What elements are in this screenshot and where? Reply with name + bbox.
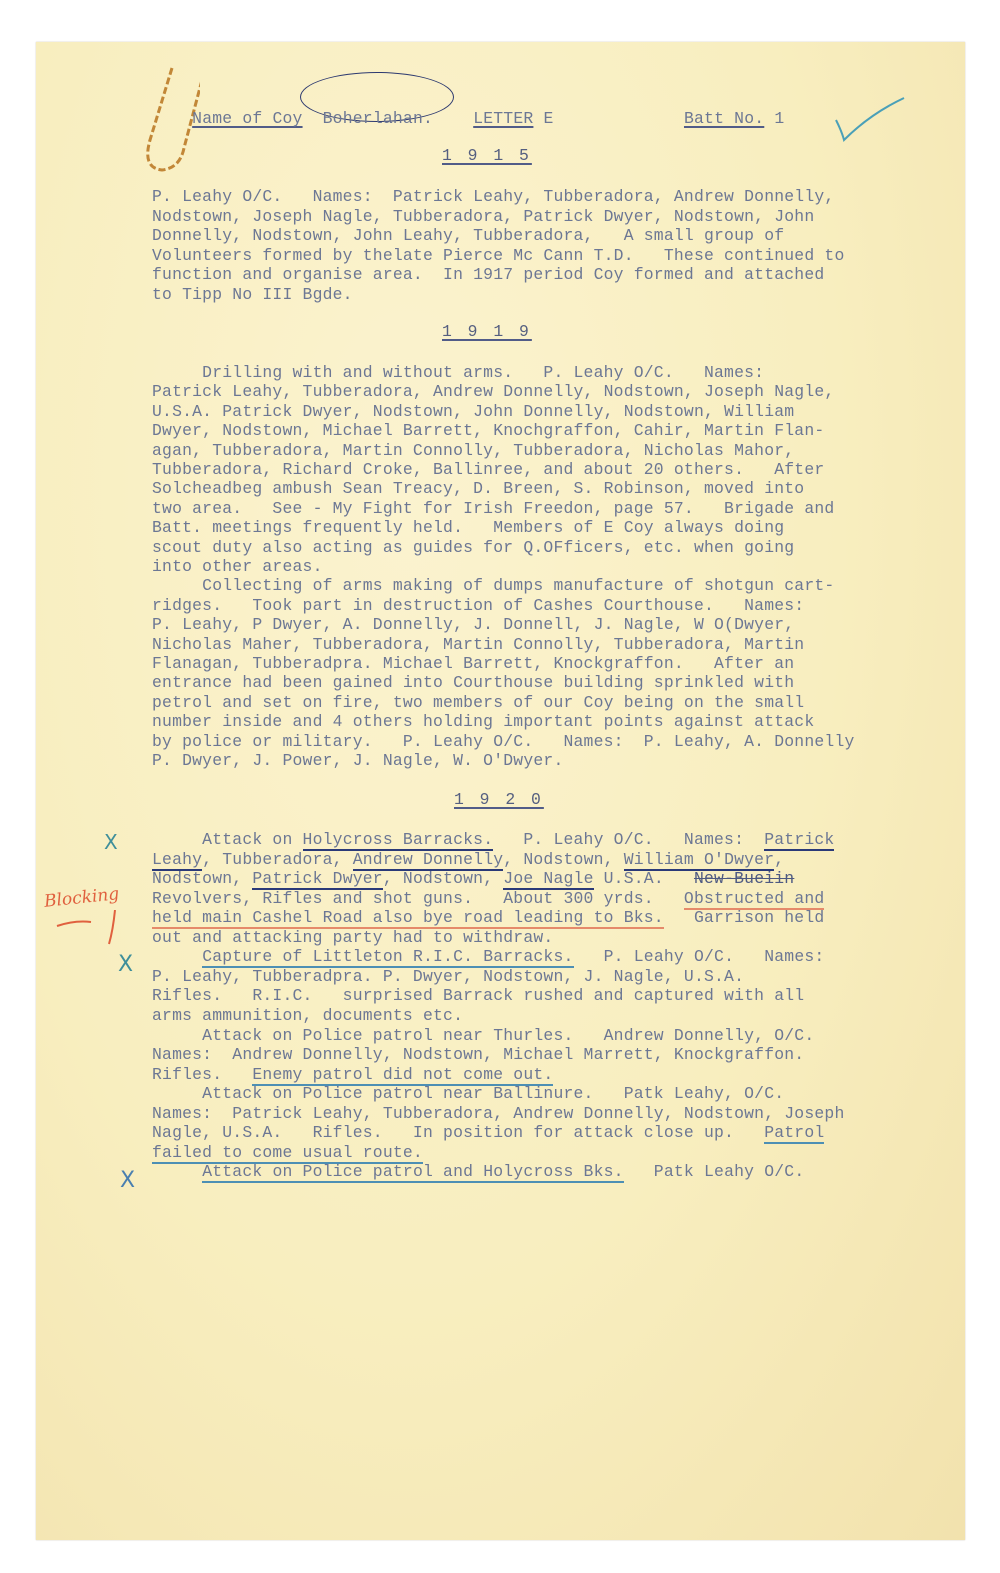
- typed-line: Batt. meetings frequently held. Members …: [152, 518, 784, 538]
- name-of-coy-label: Name of Coy: [192, 109, 302, 128]
- holycross-patrol-line-1: Attack on Police patrol and Holycross Bk…: [152, 1162, 804, 1182]
- company-name: Boherlahan.: [323, 109, 433, 128]
- thurles-line-1: Attack on Police patrol near Thurles. An…: [152, 1026, 814, 1046]
- typed-line: ridges. Took part in destruction of Cash…: [152, 596, 804, 616]
- typed-text: Name of Coy Boherlahan. LETTER E Batt No…: [0, 0, 1000, 1573]
- year-heading-1919: 1 9 1 9: [442, 322, 532, 342]
- margin-x-mark-icon: X: [118, 952, 133, 977]
- typed-line: P. Leahy O/C. Names: Patrick Leahy, Tubb…: [152, 187, 834, 207]
- red-underline-stroke-icon: [55, 910, 125, 950]
- typed-line: two area. See - My Fight for Irish Freed…: [152, 499, 834, 519]
- typed-line: Donnelly, Nodstown, John Leahy, Tubberad…: [152, 226, 784, 246]
- batt-value: 1: [774, 109, 784, 128]
- batt-label: Batt No.: [684, 109, 764, 128]
- ballinure-line-2: Names: Patrick Leahy, Tubberadora, Andre…: [152, 1104, 844, 1124]
- littleton-line-3: Rifles. R.I.C. surprised Barrack rushed …: [152, 986, 804, 1006]
- typed-line: Collecting of arms making of dumps manuf…: [152, 576, 834, 596]
- year-heading-1920: 1 9 2 0: [454, 790, 544, 810]
- holycross-line-1: Attack on Holycross Barracks. P. Leahy O…: [152, 830, 834, 850]
- typed-line: agan, Tubberadora, Martin Connolly, Tubb…: [152, 441, 794, 461]
- typed-line: to Tipp No III Bgde.: [152, 285, 353, 305]
- margin-x-mark-icon: X: [104, 830, 118, 854]
- ballinure-line-1: Attack on Police patrol near Ballinure. …: [152, 1084, 784, 1104]
- typed-line: Patrick Leahy, Tubberadora, Andrew Donne…: [152, 382, 834, 402]
- ballinure-line-3: Nagle, U.S.A. Rifles. In position for at…: [152, 1123, 824, 1143]
- letter-value: E: [543, 109, 553, 128]
- typed-line: Tubberadora, Richard Croke, Ballinree, a…: [152, 460, 824, 480]
- typed-line: into other areas.: [152, 557, 323, 577]
- holycross-line-3: Nodstown, Patrick Dwyer, Nodstown, Joe N…: [152, 869, 794, 889]
- typed-line: function and organise area. In 1917 peri…: [152, 265, 824, 285]
- typed-line: number inside and 4 others holding impor…: [152, 712, 814, 732]
- typed-line: Drilling with and without arms. P. Leahy…: [152, 363, 764, 383]
- typed-line: P. Leahy, P Dwyer, A. Donnelly, J. Donne…: [152, 615, 794, 635]
- typed-line: Nodstown, Joseph Nagle, Tubberadora, Pat…: [152, 207, 814, 227]
- typed-line: U.S.A. Patrick Dwyer, Nodstown, John Don…: [152, 402, 794, 422]
- struck-out-word: New-Bueiin: [694, 869, 794, 888]
- littleton-line-1: Capture of Littleton R.I.C. Barracks. P.…: [152, 947, 824, 967]
- letter-label: LETTER: [473, 109, 533, 128]
- thurles-line-2: Names: Andrew Donnelly, Nodstown, Michae…: [152, 1045, 804, 1065]
- typed-line: P. Dwyer, J. Power, J. Nagle, W. O'Dwyer…: [152, 751, 563, 771]
- typed-line: Solcheadbeg ambush Sean Treacy, D. Breen…: [152, 479, 804, 499]
- holycross-line-5: held main Cashel Road also bye road lead…: [152, 908, 824, 928]
- margin-x-mark-icon: X: [120, 1168, 135, 1193]
- littleton-line-4: arms ammunition, documents etc.: [152, 1006, 463, 1026]
- thurles-line-3: Rifles. Enemy patrol did not come out.: [152, 1065, 553, 1085]
- holycross-line-2: Leahy, Tubberadora, Andrew Donnelly, Nod…: [152, 850, 784, 870]
- holycross-line-4: Revolvers, Rifles and shot guns. About 3…: [152, 889, 824, 909]
- holycross-line-6: out and attacking party had to withdraw.: [152, 928, 553, 948]
- typed-line: by police or military. P. Leahy O/C. Nam…: [152, 732, 855, 752]
- typed-line: entrance had been gained into Courthouse…: [152, 673, 794, 693]
- typed-line: Flanagan, Tubberadpra. Michael Barrett, …: [152, 654, 794, 674]
- littleton-line-2: P. Leahy, Tubberadpra. P. Dwyer, Nodstow…: [152, 967, 744, 987]
- typed-line: Volunteers formed by thelate Pierce Mc C…: [152, 246, 844, 266]
- header: Name of Coy Boherlahan. LETTER E Batt No…: [152, 89, 784, 149]
- typed-line: Dwyer, Nodstown, Michael Barrett, Knochg…: [152, 421, 824, 441]
- year-heading-1915: 1 9 1 5: [442, 146, 532, 166]
- typed-line: Nicholas Maher, Tubberadora, Martin Conn…: [152, 635, 804, 655]
- ballinure-line-4: failed to come usual route.: [152, 1143, 423, 1163]
- typed-line: scout duty also acting as guides for Q.O…: [152, 538, 794, 558]
- typed-line: petrol and set on fire, two members of o…: [152, 693, 804, 713]
